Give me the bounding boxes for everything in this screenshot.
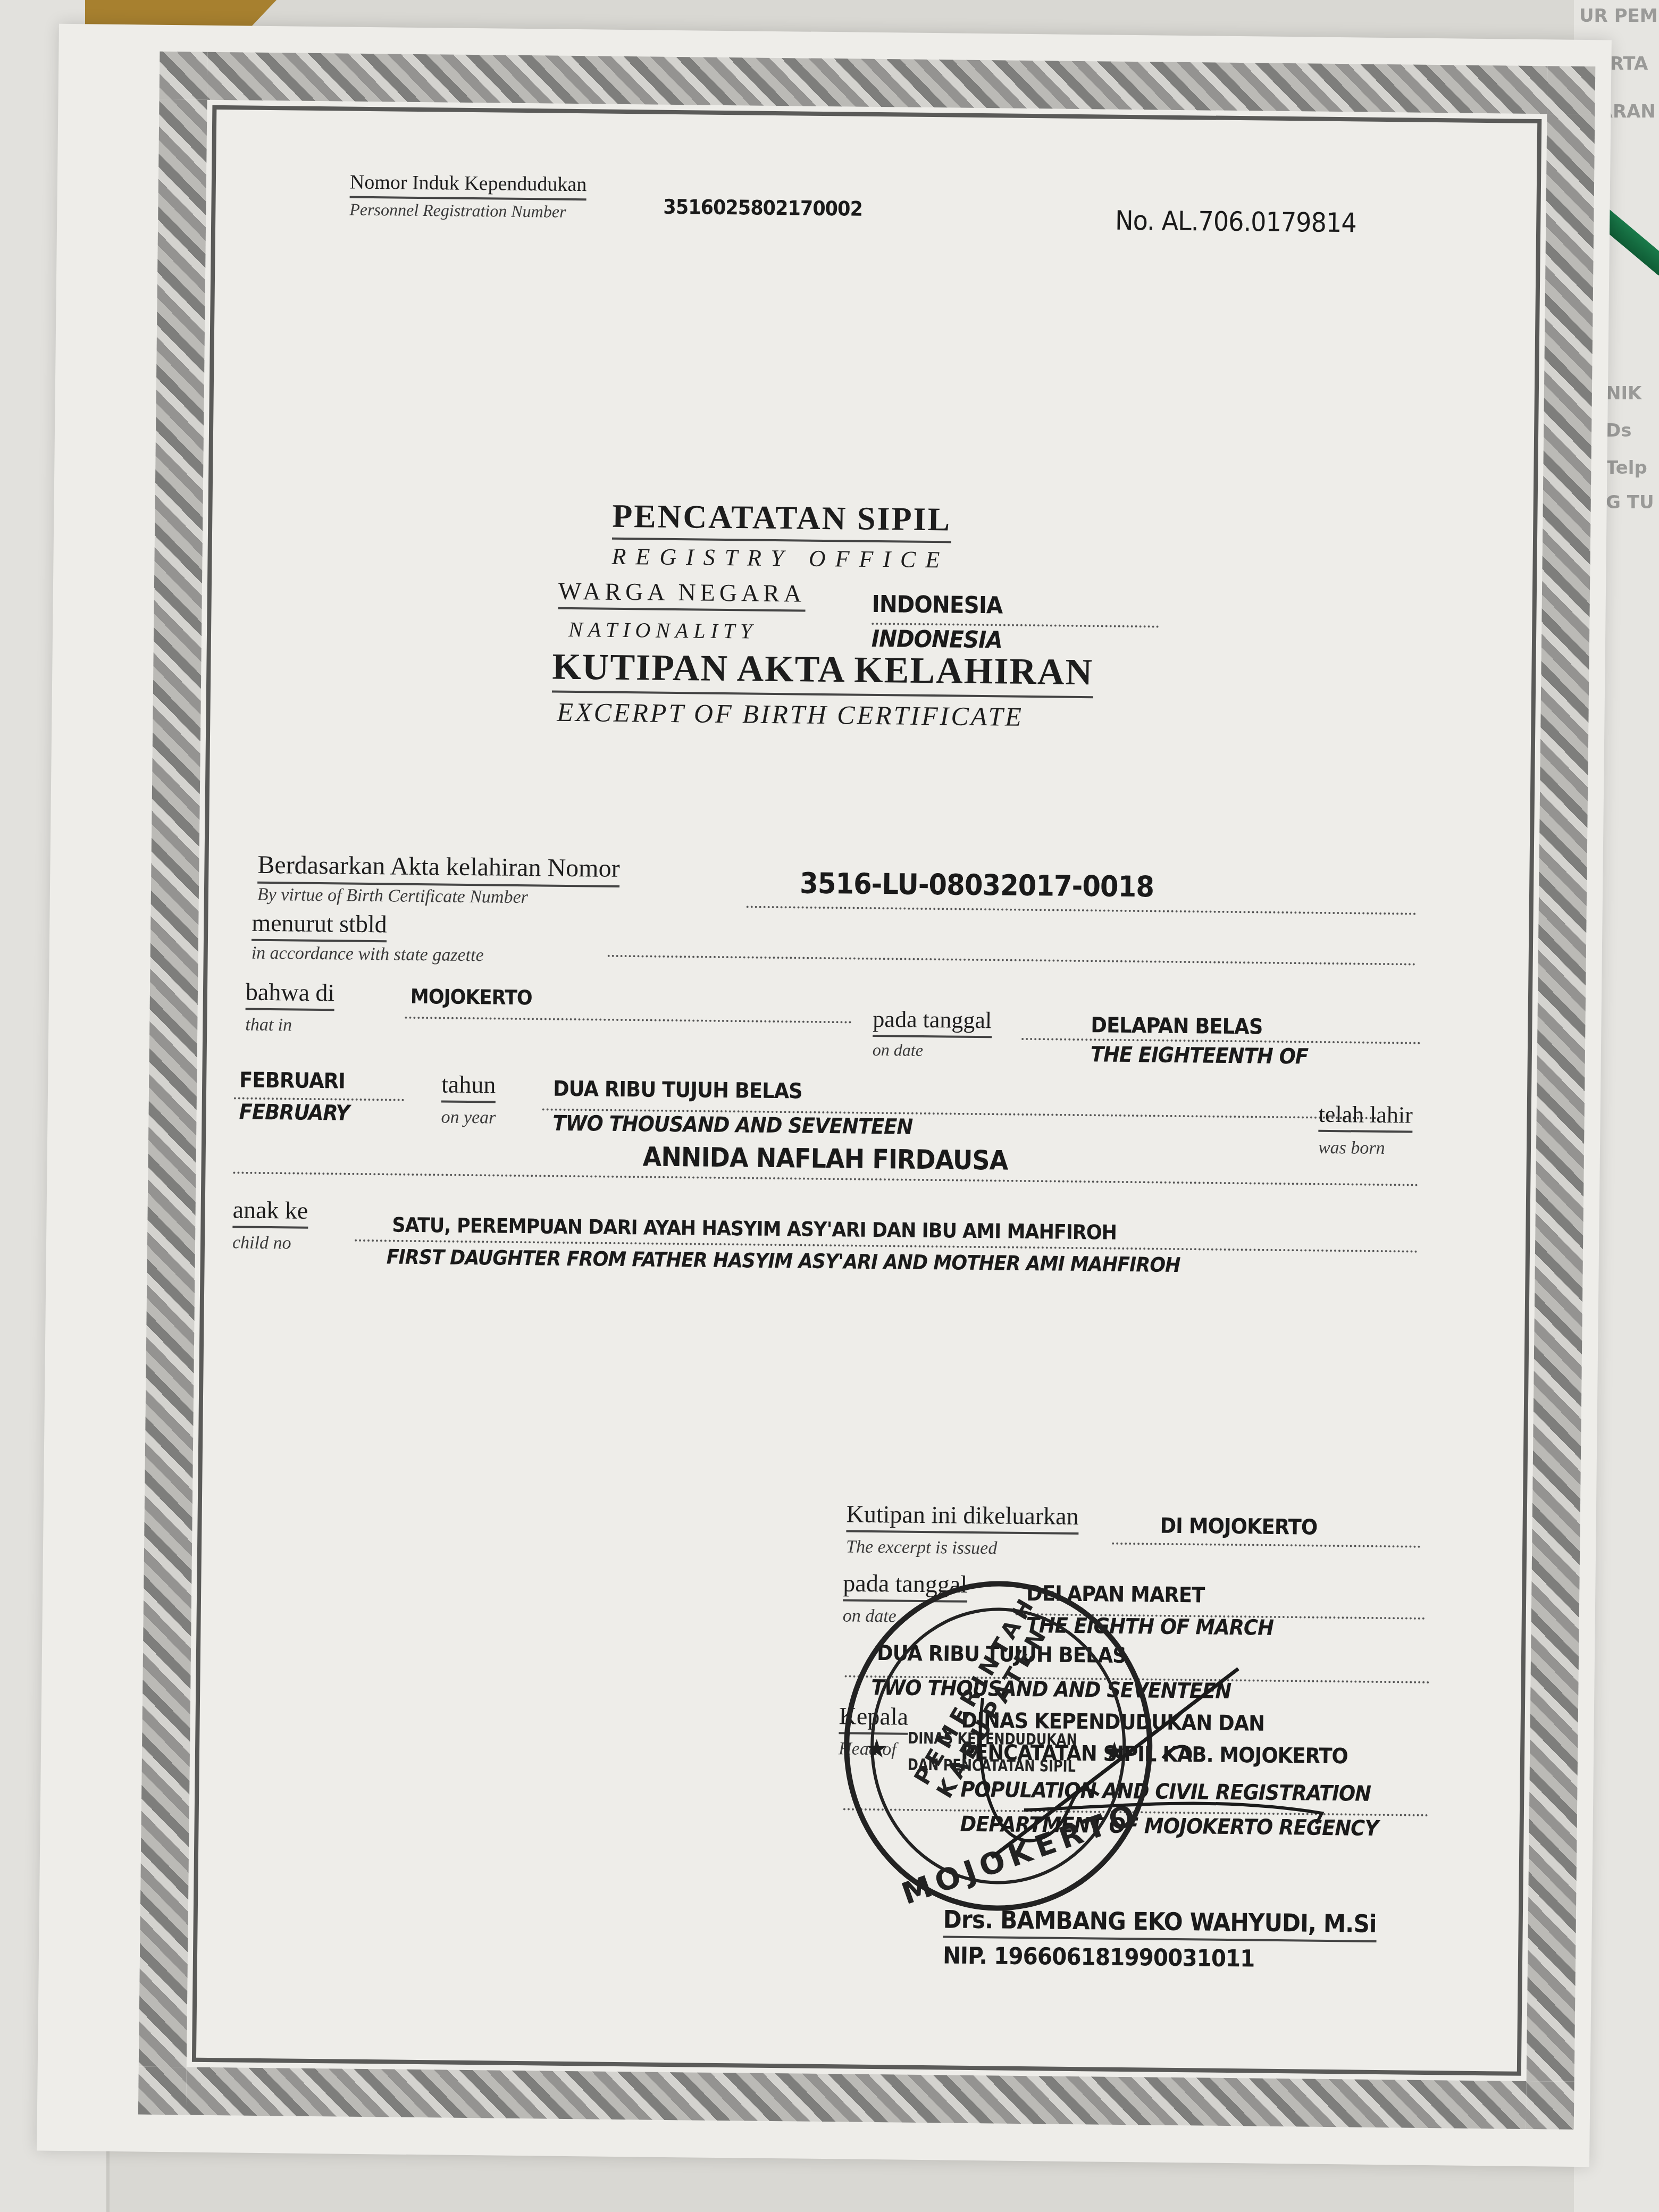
child-no-label-en: child no [232, 1233, 291, 1253]
nationality-label-en: NATIONALITY [568, 617, 758, 644]
document-title: KUTIPAN AKTA KELAHIRAN [552, 646, 1094, 699]
official-nip: NIP. 196606181990031011 [943, 1942, 1255, 1972]
background-text: G TU [1606, 492, 1654, 513]
background-text: Telp [1606, 457, 1647, 479]
place-value: MOJOKERTO [410, 985, 532, 1009]
nik-label-en: Personnel Registration Number [349, 200, 566, 222]
issued-place-value: DI MOJOKERTO [1160, 1514, 1317, 1540]
background-text: Ds [1606, 420, 1631, 441]
signature [938, 1633, 1419, 1904]
background-text: UR PEM [1579, 5, 1658, 27]
birth-month-value-en: FEBRUARY [239, 1100, 349, 1125]
stbld-label-en: in accordance with state gazette [252, 943, 484, 966]
birth-date-label: pada tanggal [873, 1006, 992, 1038]
child-no-value-en: FIRST DAUGHTER FROM FATHER HASYIM ASY'AR… [387, 1245, 1180, 1277]
child-no-label: anak ke [232, 1195, 308, 1228]
nik-value: 3516025802170002 [663, 195, 862, 221]
birth-date-label-en: on date [873, 1040, 923, 1060]
birth-year-value-en: TWO THOUSAND AND SEVENTEEN [552, 1111, 912, 1139]
birth-date-value: DELAPAN BELAS [1091, 1013, 1262, 1039]
cert-number-label-en: By virtue of Birth Certificate Number [257, 885, 528, 908]
official-name: Drs. BAMBANG EKO WAHYUDI, M.Si [943, 1905, 1376, 1942]
certificate-content: Nomor Induk Kependudukan Personnel Regis… [203, 116, 1531, 2065]
issued-label: Kutipan ini dikeluarkan [846, 1499, 1079, 1535]
birth-certificate: Nomor Induk Kependudukan Personnel Regis… [37, 24, 1612, 2167]
year-label-en: on year [441, 1107, 496, 1128]
born-label: telah lahir [1318, 1101, 1413, 1133]
cert-number-value: 3516-LU-08032017-0018 [800, 867, 1154, 904]
dotted-line [405, 1017, 851, 1024]
dotted-line [1112, 1543, 1420, 1548]
star-icon: ★ [865, 1734, 889, 1764]
office-title: PENCATATAN SIPIL [612, 498, 951, 543]
issued-label-en: The excerpt is issued [846, 1537, 998, 1559]
issue-date-label-en: on date [843, 1606, 896, 1627]
dotted-line [747, 906, 1417, 915]
background-text: NIK [1606, 383, 1641, 404]
nationality-value: INDONESIA [872, 591, 1002, 619]
birth-month-value: FEBRUARI [239, 1068, 345, 1093]
year-label: tahun [441, 1070, 496, 1103]
child-no-value: SATU, PEREMPUAN DARI AYAH HASYIM ASY'ARI… [392, 1213, 1117, 1244]
serial-number: No. AL.706.0179814 [1115, 205, 1356, 239]
dotted-line [608, 955, 1416, 966]
birth-year-value: DUA RIBU TUJUH BELAS [553, 1077, 802, 1104]
office-title-en: REGISTRY OFFICE [611, 543, 949, 574]
nik-label: Nomor Induk Kependudukan [350, 171, 587, 201]
document-title-en: EXCERPT OF BIRTH CERTIFICATE [557, 697, 1024, 732]
child-name: ANNIDA NAFLAH FIRDAUSA [642, 1141, 1008, 1176]
born-label-en: was born [1318, 1138, 1385, 1159]
birth-date-value-en: THE EIGHTEENTH OF [1091, 1042, 1309, 1069]
nationality-label: WARGA NEGARA [558, 577, 806, 612]
stbld-label: menurut stbld [252, 909, 387, 943]
cert-number-label: Berdasarkan Akta kelahiran Nomor [257, 850, 620, 887]
place-label-en: that in [245, 1015, 292, 1036]
place-label: bahwa di [246, 978, 335, 1011]
